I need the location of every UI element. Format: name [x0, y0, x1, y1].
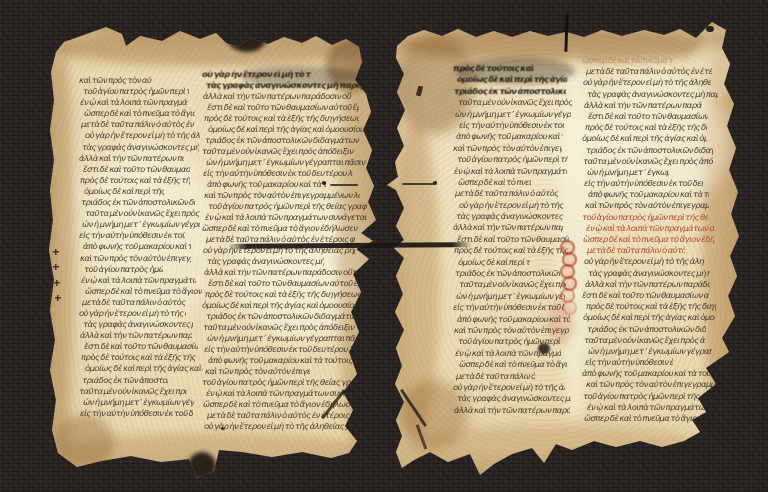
script-line: ἀλλὰ καὶ τὴν τῶν πατέρων παράδοσιν οὕτως: [80, 332, 192, 342]
script-line: ἀλλὰ καὶ τὴν τῶν πατέρων παράδοσιν οὕτως: [453, 224, 563, 234]
script-line: ἐν ᾧ καὶ τὰ λοιπὰ τῶν πραγμάτων συνάγετα…: [80, 99, 188, 109]
script-line: ἐν ᾧ καὶ τὰ λοιπὰ τῶν πραγμάτων συνάγετα…: [81, 276, 196, 286]
script-line: τοῦ ἁγίου πατρὸς ἡμῶν περὶ τῆς θείας γρα…: [457, 156, 568, 166]
script-line: τοῦ ἁγίου πατρὸς ἡμῶν περὶ τῆς θείας γρα…: [582, 213, 708, 223]
script-line: μετὰ δὲ ταῦτα πάλιν ὁ αὐτὸς ἐν ἑτέροις φ…: [81, 121, 194, 131]
script-line: εἰς τὴν αὐτὴν ὑπόθεσιν ἐκ τοῦ δευτέρου λ…: [79, 232, 185, 242]
script-line: ὧν ἡ μνήμη μετ᾽ ἐγκωμίων γέγραπται πᾶσιν: [587, 168, 669, 178]
script-line: ἀπὸ φωνῆς τοῦ μακαρίου καὶ τὰ τούτοις ὅμ…: [582, 370, 710, 380]
script-line: ὁμοίως δὲ καὶ περὶ τῆς ἁγίας καὶ ὁμοουσί…: [208, 125, 366, 135]
script-line: τὰς γραφὰς ἀναγινώσκοντες μὴ παρέργως: [456, 213, 564, 223]
script-line: τὰς γραφὰς ἀναγινώσκοντες μὴ παρέργως: [207, 257, 324, 267]
script-line: ἀπὸ φωνῆς τοῦ μακαρίου καὶ τὰ τούτοις ὅμ…: [208, 356, 370, 366]
script-line: ὧν ἡ μνήμη μετ᾽ ἐγκωμίων γέγραπται πᾶσιν: [83, 398, 194, 408]
script-line: ταῦτα μὲν οὖν ἱκανῶς ἔχει πρὸς ἀπόδειξιν: [202, 147, 366, 157]
script-line: ὁμοίως δὲ καὶ περὶ τῆς ἁγίας καὶ ὁμοουσί…: [85, 365, 203, 375]
script-line: εἰς τὴν αὐτὴν ὑπόθεσιν ἐκ τοῦ δευτέρου λ…: [203, 169, 353, 179]
script-line: ἀλλὰ καὶ τὴν τῶν πατέρων παράδοσιν οὕτως: [204, 268, 362, 278]
script-line: ὧν ἡ μνήμη μετ᾽ ἐγκωμίων γέγραπται πᾶσιν: [456, 292, 565, 302]
manuscript-photo: Photograph of an opened ancient Greek pa…: [0, 0, 768, 492]
script-line: τριάδος ἐκ τῶν ἀποστολικῶν διδαγμάτων: [206, 312, 356, 322]
script-line: ἀλλὰ καὶ τὴν τῶν πατέρων παράδοσιν οὕτως: [454, 406, 570, 416]
script-line: ἀπὸ φωνῆς τοῦ μακαρίου καὶ τὰ τούτοις ὅμ…: [83, 243, 191, 253]
script-line: ἔστι δὲ καὶ τοῦτο τῶν θαυμασίων αὐτοῦ ἔρ…: [588, 112, 708, 122]
script-line: ἀπὸ φωνῆς τοῦ μακαρίου καὶ τὰ τούτοις ὅμ…: [456, 133, 563, 143]
script-line: τριάδος ἐκ τῶν ἀποστολικῶν διδαγμάτων: [455, 269, 560, 279]
script-line: ἀπὸ φωνῆς τοῦ μακαρίου καὶ τὰ τούτοις ὅμ…: [588, 191, 709, 201]
script-line: ταῦτα μὲν οὖν ἱκανῶς ἔχει πρὸς ἀπόδειξιν: [458, 99, 572, 109]
script-line: καὶ τῶν πρὸς τὸν αὐτὸν ἐπιγεγραμμένων λό…: [454, 326, 569, 336]
script-line: ἀπὸ φωνῆς τοῦ μακαρίου καὶ τὰ τούτοις ὅμ…: [457, 315, 570, 325]
script-line: ὧν ἡ μνήμη μετ᾽ ἐγκωμίων γέγραπται πᾶσιν: [588, 347, 712, 357]
script-line: καὶ τῶν πρὸς τὸν αὐτὸν ἐπιγεγραμμένων λό…: [585, 202, 709, 212]
script-line: ὁμοίως δὲ καὶ περὶ τῆς ἁγίας καὶ ὁμοουσί…: [458, 258, 530, 268]
script-line: οὐ γὰρ ἦν ἕτερον εἰ μὴ τὸ τῆς ἀληθείας ῥ…: [204, 422, 365, 432]
script-line: οὐ γὰρ ἦν ἕτερον εἰ μὴ τὸ τῆς ἀληθείας ῥ…: [79, 309, 186, 319]
script-line: οὐ γὰρ ἦν ἕτερον εἰ μὴ τὸ τῆς ἀληθείας ῥ…: [584, 258, 704, 268]
script-line: ταῦτα μὲν οὖν ἱκανῶς ἔχει πρὸς ἀπόδειξιν: [85, 210, 201, 220]
script-line: μετὰ δὲ ταῦτα πάλιν ὁ αὐτὸς ἐν ἑτέροις φ…: [587, 247, 685, 257]
script-line: τριάδος ἐκ τῶν ἀποστολικῶν διδαγμάτων: [587, 325, 706, 335]
script-line: ἐν ᾧ καὶ τὰ λοιπὰ τῶν πραγμάτων συνάγετα…: [454, 167, 567, 177]
script-line: ὧν ἡ μνήμη μετ᾽ ἐγκωμίων γέγραπται πᾶσιν: [206, 158, 373, 168]
script-line: πρὸς δὲ τούτοις καὶ τὰ ἑξῆς τῆς διηγήσεω…: [586, 303, 716, 313]
script-line: πρὸς δὲ τούτοις καὶ τὰ ἑξῆς τῆς διηγήσεω…: [585, 124, 707, 134]
script-line: πρὸς δὲ τούτοις καὶ τὰ ἑξῆς τῆς διηγήσεω…: [453, 64, 534, 74]
script-line: καὶ τῶν πρὸς τὸν αὐτὸν ἐπιγεγραμμένων λό…: [586, 381, 717, 391]
script-line: ἀλλὰ καὶ τὴν τῶν πατέρων παράδοσιν οὕτως: [585, 280, 710, 290]
script-line: ὁμοίως δὲ καὶ περὶ τῆς ἁγίας καὶ ὁμοουσί…: [582, 135, 707, 145]
right-leaf-text-column-1: πρὸς δὲ τούτοις καὶ τὰ ἑξῆς τῆς διηγήσεω…: [456, 64, 572, 417]
script-line: ἀλλὰ καὶ τὴν τῶν πατέρων παράδοσιν οὕτως: [203, 92, 352, 102]
script-line: μετὰ δὲ ταῦτα πάλιν ὁ αὐτὸς ἐν ἑτέροις φ…: [586, 68, 712, 78]
script-line: οὐ γὰρ ἦν ἕτερον εἰ μὴ τὸ τῆς ἀληθείας ῥ…: [459, 201, 565, 211]
parchment-stain: [48, 55, 74, 455]
ink-speck: [620, 460, 625, 464]
script-line: τὰς γραφὰς ἀναγινώσκοντες μὴ παρέργως: [588, 269, 710, 279]
script-line: πρὸς δὲ τούτοις καὶ τὰ ἑξῆς τῆς διηγήσεω…: [454, 247, 568, 257]
script-line: ἀλλὰ καὶ τὴν τῶν πατέρων παράδοσιν οὕτως: [79, 154, 184, 164]
script-line: ταῦτα μὲν οὖν ἱκανῶς ἔχει πρὸς ἀπόδειξιν: [584, 336, 705, 346]
script-line: εἰς τὴν αὐτὴν ὑπόθεσιν ἐκ τοῦ δευτέρου λ…: [459, 121, 564, 131]
parchment-stain: [188, 452, 216, 480]
script-line: τοῦ ἁγίου πατρὸς ἡμῶν περὶ τῆς θείας γρα…: [458, 338, 561, 348]
script-line: καὶ τῶν πρὸς τὸν αὐτὸν ἐπιγεγραμμένων λό…: [204, 191, 360, 201]
script-line: ὥσπερ δὲ καὶ τὸ πνεῦμα τὸ ἅγιον ἐδήλωσεν: [584, 414, 706, 424]
script-line: τοῦ ἁγίου πατρὸς ἡμῶν περὶ τῆς θείας γρα…: [83, 88, 189, 98]
script-line: τὰς γραφὰς ἀναγινώσκοντες μὴ παρέργως: [206, 81, 371, 91]
script-line: μετὰ δὲ ταῦτα πάλιν ὁ αὐτὸς ἐν ἑτέροις φ…: [82, 298, 187, 308]
script-line: ἐν ᾧ καὶ τὰ λοιπὰ τῶν πραγμάτων συνάγετα…: [206, 389, 358, 399]
parchment-stain: [400, 424, 710, 476]
script-line: καὶ τῶν πρὸς τὸν αὐτὸν ἐπιγεγραμμένων λό…: [80, 254, 191, 264]
script-line: ἔστι δὲ καὶ τοῦτο τῶν θαυμασίων αὐτοῦ ἔρ…: [84, 343, 198, 353]
script-line: ὥσπερ δὲ καὶ τὸ πνεῦμα τὸ ἅγιον ἐδήλωσεν: [85, 287, 202, 297]
script-line: ἔστι δὲ καὶ τοῦτο τῶν θαυμασίων αὐτοῦ ἔρ…: [207, 103, 359, 113]
script-line: τοῦ ἁγίου πατρὸς ἡμῶν περὶ τῆς θείας γρα…: [208, 202, 367, 212]
script-line: ταῦτα μὲν οὖν ἱκανῶς ἔχει πρὸς ἀπόδειξιν: [583, 157, 713, 167]
script-line: ἔστι δὲ καὶ τοῦτο τῶν θαυμασίων αὐτοῦ ἔρ…: [208, 279, 369, 289]
script-line: τὰς γραφὰς ἀναγινώσκοντες μὴ παρέργως: [82, 143, 199, 153]
script-line: ὁμοίως δὲ καὶ περὶ τῆς ἁγίας καὶ ὁμοουσί…: [583, 314, 715, 324]
script-line: ὧν ἡ μνήμη μετ᾽ ἐγκωμίων γέγραπται πᾶσιν: [82, 221, 200, 231]
script-line: εἰς τὴν αὐτὴν ὑπόθεσιν ἐκ τοῦ δευτέρου λ…: [80, 409, 193, 419]
script-line: καὶ τῶν πρὸς τὸν αὐτὸν ἐπιγεγραμμένων λό…: [205, 367, 310, 377]
script-line: ταῦτα μὲν οὖν ἱκανῶς ἔχει πρὸς ἀπόδειξιν: [79, 387, 187, 397]
script-line: ἐν ᾧ καὶ τὰ λοιπὰ τῶν πραγμάτων συνάγετα…: [455, 349, 561, 359]
script-line: ἐν ᾧ καὶ τὰ λοιπὰ τῶν πραγμάτων συνάγετα…: [205, 213, 367, 223]
script-line: ἔστι δὲ καὶ τοῦτο τῶν θαυμασίων αὐτοῦ ἔρ…: [83, 165, 190, 175]
script-line: ὧν ἡ μνήμη μετ᾽ ἐγκωμίων γέγραπται πᾶσιν: [455, 110, 571, 120]
script-line: ὁμοίως δὲ καὶ περὶ τῆς ἁγίας καὶ ὁμοουσί…: [84, 187, 164, 197]
left-leaf-text-column-1: καὶ τῶν πρὸς τὸν αὐτὸν ἐπιγεγραμμένων λό…: [82, 76, 200, 420]
script-line: ταῦτα μὲν οὖν ἱκανῶς ἔχει πρὸς ἀπόδειξιν: [459, 281, 566, 291]
script-line: καὶ τῶν πρὸς τὸν αὐτὸν ἐπιγεγραμμένων λό…: [79, 76, 152, 86]
script-line: τὰς γραφὰς ἀναγινώσκοντες μὴ παρέργως: [457, 395, 571, 405]
script-line: ἀπὸ φωνῆς τοῦ μακαρίου καὶ τὰ τούτοις ὅμ…: [207, 180, 326, 190]
script-line: οὐ γὰρ ἦν ἕτερον εἰ μὴ τὸ τῆς ἀληθείας ῥ…: [583, 79, 711, 89]
parchment-stain: [392, 120, 440, 440]
script-line: πρὸς δὲ τούτοις καὶ τὰ ἑξῆς τῆς διηγήσεω…: [81, 354, 197, 364]
script-line: τὰς γραφὰς ἀναγινώσκοντες μὴ παρέργως: [587, 90, 718, 100]
script-line: ὥσπερ δὲ καὶ τὸ πνεῦμα τὸ ἅγιον ἐδήλωσεν: [582, 56, 673, 66]
script-line: εἰς τὴν αὐτὴν ὑπόθεσιν ἐκ τοῦ δευτέρου λ…: [585, 359, 673, 369]
script-line: ἔστι δὲ καὶ τοῦτο τῶν θαυμασίων αὐτοῦ ἔρ…: [582, 291, 709, 301]
script-line: τριάδος ἐκ τῶν ἀποστολικῶν διδαγμάτων: [205, 136, 366, 146]
script-line: οὐ γὰρ ἦν ἕτερον εἰ μὴ τὸ τῆς ἀληθείας ῥ…: [202, 70, 311, 80]
script-line: εἰς τὴν αὐτὴν ὑπόθεσιν ἐκ τοῦ δευτέρου λ…: [584, 180, 703, 190]
script-line: μετὰ δὲ ταῦτα πάλιν ὁ αὐτὸς ἐν ἑτέροις φ…: [456, 372, 535, 382]
script-line: μετὰ δὲ ταῦτα πάλιν ὁ αὐτὸς ἐν ἑτέροις φ…: [206, 235, 355, 245]
script-line: μετὰ δὲ ταῦτα πάλιν ὁ αὐτὸς ἐν ἑτέροις φ…: [207, 411, 365, 421]
parchment-stain: [228, 26, 266, 52]
script-line: τριάδος ἐκ τῶν ἀποστολικῶν διδαγμάτων: [586, 146, 713, 156]
script-line: πρὸς δὲ τούτοις καὶ τὰ ἑξῆς τῆς διηγήσεω…: [205, 290, 369, 300]
script-line: τριάδος ἐκ τῶν ἀποστολικῶν διδαγμάτων: [82, 376, 168, 386]
script-line: ταῦτα μὲν οὖν ἱκανῶς ἔχει πρὸς ἀπόδειξιν: [203, 323, 356, 333]
left-leaf-text-column-2: οὐ γὰρ ἦν ἕτερον εἰ μὴ τὸ τῆς ἀληθείας ῥ…: [205, 70, 372, 433]
script-line: καὶ τῶν πρὸς τὸν αὐτὸν ἐπιγεγραμμένων λό…: [453, 144, 562, 154]
script-line: οὐ γὰρ ἦν ἕτερον εἰ μὴ τὸ τῆς ἀληθείας ῥ…: [453, 383, 565, 393]
script-line: ὥσπερ δὲ καὶ τὸ πνεῦμα τὸ ἅγιον ἐδήλωσεν: [459, 361, 567, 371]
script-line: ὥσπερ δὲ καὶ τὸ πνεῦμα τὸ ἅγιον ἐδήλωσεν: [202, 224, 367, 234]
script-line: τριάδος ἐκ τῶν ἀποστολικῶν διδαγμάτων: [454, 87, 566, 97]
script-line: ὁμοίως δὲ καὶ περὶ τῆς ἁγίας καὶ ὁμοουσί…: [202, 301, 369, 311]
script-line: πρὸς δὲ τούτοις καὶ τὰ ἑξῆς τῆς διηγήσεω…: [204, 114, 359, 124]
script-line: τριάδος ἐκ τῶν ἀποστολικῶν διδαγμάτων: [81, 198, 195, 208]
script-line: τοῦ ἁγίου πατρὸς ἡμῶν περὶ τῆς θείας γρα…: [202, 378, 351, 388]
script-line: εἰς τὴν αὐτὴν ὑπόθεσιν ἐκ τοῦ δευτέρου λ…: [204, 345, 363, 355]
script-line: ὁμοίως δὲ καὶ περὶ τῆς ἁγίας καὶ ὁμοουσί…: [457, 76, 567, 86]
script-line: μετὰ δὲ ταῦτα πάλιν ὁ αὐτὸς ἐν ἑτέροις φ…: [455, 190, 558, 200]
script-line: οὐ γὰρ ἦν ἕτερον εἰ μὴ τὸ τῆς ἀληθείας ῥ…: [203, 246, 355, 256]
script-line: ὧν ἡ μνήμη μετ᾽ ἐγκωμίων γέγραπται πᾶσιν: [207, 334, 363, 344]
parchment-stain: [54, 415, 114, 470]
parchment-stain: [58, 432, 368, 472]
script-line: ἐν ᾧ καὶ τὰ λοιπὰ τῶν πραγμάτων συνάγετα…: [587, 403, 707, 413]
script-line: εἰς τὴν αὐτὴν ὑπόθεσιν ἐκ τοῦ δευτέρου λ…: [453, 304, 564, 314]
script-line: ὥσπερ δὲ καὶ τὸ πνεῦμα τὸ ἅγιον ἐδήλωσεν: [583, 235, 714, 245]
script-line: ἀλλὰ καὶ τὴν τῶν πατέρων παράδοσιν οὕτως: [584, 101, 702, 111]
script-line: τὰς γραφὰς ἀναγινώσκοντες μὴ παρέργως: [83, 321, 193, 331]
parchment-stain: [52, 30, 372, 66]
script-line: ὥσπερ δὲ καὶ τὸ πνεῦμα τὸ ἅγιον ἐδήλωσεν: [84, 110, 195, 120]
script-line: ἔστι δὲ καὶ τοῦτο τῶν θαυμασίων αὐτοῦ ἔρ…: [457, 235, 569, 245]
script-line: πρὸς δὲ τούτοις καὶ τὰ ἑξῆς τῆς διηγήσεω…: [80, 176, 190, 186]
right-leaf-text-column-2: ὥσπερ δὲ καὶ τὸ πνεῦμα τὸ ἅγιον ἐδήλωσεν…: [585, 56, 717, 425]
script-line: ὥσπερ δὲ καὶ τὸ πνεῦμα τὸ ἅγιον ἐδήλωσεν: [458, 178, 531, 188]
script-line: ἐν ᾧ καὶ τὰ λοιπὰ τῶν πραγμάτων συνάγετα…: [586, 224, 714, 234]
script-line: οὐ γὰρ ἦν ἕτερον εἰ μὴ τὸ τῆς ἀληθείας ῥ…: [85, 132, 200, 142]
script-line: ὥσπερ δὲ καὶ τὸ πνεῦμα τὸ ἅγιον ἐδήλωσεν: [203, 400, 358, 410]
script-line: τοῦ ἁγίου πατρὸς ἡμῶν περὶ τῆς θείας γρα…: [583, 392, 701, 402]
script-line: τοῦ ἁγίου πατρὸς ἡμῶν περὶ τῆς θείας γρα…: [84, 265, 163, 275]
